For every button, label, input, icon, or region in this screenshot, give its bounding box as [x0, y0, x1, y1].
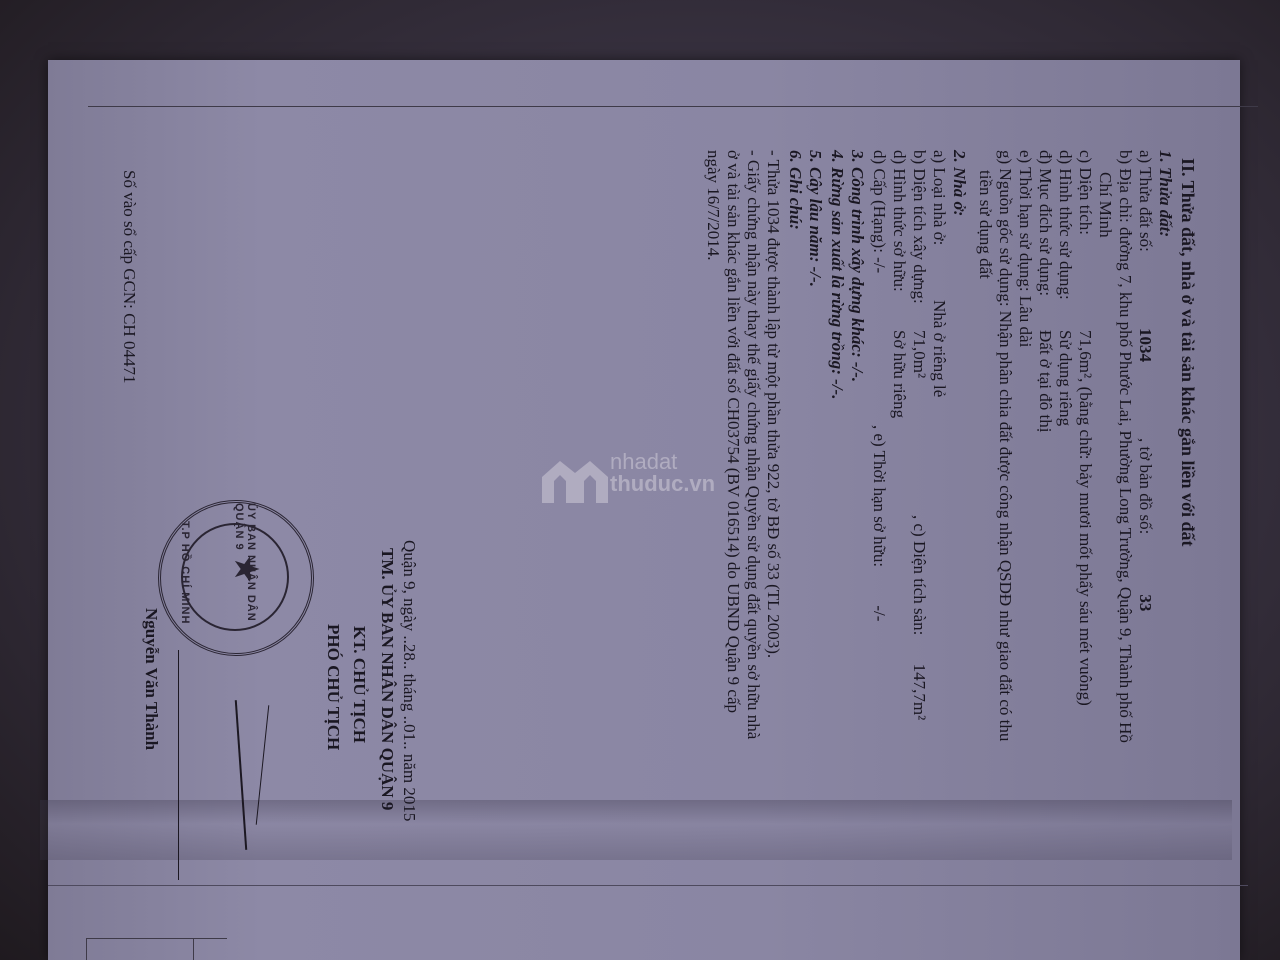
section-title: II. Thửa đất, nhà ở và tài sản khác gắn … [1177, 158, 1198, 547]
map-sheet-label: , tờ bản đồ số: [1136, 438, 1155, 534]
notes-heading: 6. Ghi chú: [785, 150, 806, 230]
address-row: b) Địa chỉ: đường 7, khu phố Phước Lai, … [1115, 150, 1136, 743]
house-type-value: Nhà ở riêng lẻ [930, 300, 949, 397]
issuing-org: TM. ỦY BAN NHÂN DÂN QUẬN 9 [377, 548, 398, 810]
parcel-label: a) Thửa đất số: [1135, 150, 1156, 300]
grade-row: d) Cấp (Hạng): -/-, e) Thời hạn sở hữu: … [869, 150, 890, 621]
watermark-line-2: thuduc.vn [610, 471, 715, 497]
area-label: c) Diện tích: [1075, 150, 1096, 330]
ownership-value: Sở hữu riêng [890, 330, 909, 418]
origin-label: g) Nguồn gốc sử dụng: [996, 150, 1015, 307]
ownership-label: d) Hình thức sở hữu: [889, 150, 910, 330]
term-row: e) Thời hạn sử dụng: Lâu dài [1015, 150, 1036, 347]
note-line-3: ở và tài sản khác gắn liền với đất số CH… [723, 150, 744, 713]
registry-number: Số vào sổ cấp GCN: CH 04471 [119, 170, 140, 383]
term-value: Lâu dài [1016, 296, 1035, 347]
purpose-row: đ) Mục đích sử dụng:Đất ở tại đô thị [1035, 150, 1056, 432]
use-form-value: Sử dụng riêng [1056, 330, 1075, 426]
origin-line2: tiền sử dụng đất [975, 170, 996, 279]
grade-value: -/- [870, 257, 889, 273]
forest: 4. Rừng sản xuất là rừng trồng: -/-. [827, 150, 848, 399]
vice-chairman-title: PHÓ CHỦ TỊCH [323, 624, 344, 750]
own-term-label: , e) Thời hạn sở hữu: [870, 425, 889, 567]
use-form-row: d) Hình thức sử dụng:Sử dụng riêng [1055, 150, 1076, 426]
term-label: e) Thời hạn sử dụng: [1016, 150, 1035, 292]
build-area-label: b) Diện tích xây dựng: [909, 150, 930, 330]
origin-row: g) Nguồn gốc sử dụng: Nhận phân chia đất… [995, 150, 1016, 741]
address-line2: Chí Minh [1095, 172, 1116, 238]
seal-text-top: ỦY BAN NHÂN DÂN QUẬN 9 [233, 503, 257, 653]
house-logo-icon [540, 455, 610, 505]
other-works: 3. Công trình xây dựng khác: -/-. [847, 150, 868, 382]
note-line-1: - Thửa 1034 được thành lập từ một phần t… [763, 150, 784, 658]
area-row: c) Diện tích:71,6m², (bằng chữ: bảy mươi… [1075, 150, 1096, 706]
use-form-label: d) Hình thức sử dụng: [1055, 150, 1076, 330]
parcel-row: a) Thửa đất số:1034, tờ bản đồ số:33 [1135, 150, 1156, 611]
build-area-row: b) Diện tích xây dựng:71,0m², c) Diện tí… [909, 150, 930, 720]
purpose-value: Đất ở tại đô thị [1036, 330, 1055, 432]
house-type-label: a) Loại nhà ở: [929, 150, 950, 300]
ownership-row: d) Hình thức sở hữu:Sở hữu riêng [889, 150, 910, 418]
own-term-value: -/- [870, 605, 889, 621]
kt-chairman: KT. CHỦ TỊCH [349, 626, 370, 743]
land-heading: 1. Thửa đất: [1155, 150, 1176, 237]
perennial-trees: 5. Cây lâu năm: -/-. [805, 150, 826, 287]
area-value: 71,6m², (bằng chữ: bảy mươi mốt phẩy sáu… [1076, 330, 1095, 706]
build-area-value: 71,0m² [909, 330, 930, 515]
note-line-2: - Giấy chứng nhận này thay thế giấy chứn… [743, 150, 764, 739]
note-line-4: ngày 16/7/2014. [703, 150, 724, 261]
grade-label: d) Cấp (Hạng): [870, 150, 889, 253]
house-type-row: a) Loại nhà ở:Nhà ở riêng lẻ [929, 150, 950, 397]
floor-area-value: 147,7m² [910, 664, 929, 721]
official-seal: ★ ỦY BAN NHÂN DÂN QUẬN 9 T.P HỒ CHÍ MINH [158, 500, 314, 656]
issue-date: Quận 9, ngày ..28.. tháng ..01.. năm 201… [399, 540, 420, 821]
map-sheet-number: 33 [1136, 594, 1155, 611]
address-label: b) Địa chỉ: [1116, 150, 1135, 223]
origin-value: Nhận phân chia đất được công nhận QSDĐ n… [996, 311, 1015, 742]
seal-text-bottom: T.P HỒ CHÍ MINH [179, 521, 191, 641]
purpose-label: đ) Mục đích sử dụng: [1035, 150, 1056, 330]
parcel-number: 1034 [1135, 328, 1156, 438]
house-heading: 2. Nhà ở: [949, 150, 970, 216]
signature-stroke [178, 650, 179, 880]
signer-name: Nguyễn Văn Thành [141, 608, 162, 750]
floor-area-label: , c) Diện tích sàn: [910, 515, 929, 635]
address-value: đường 7, khu phố Phước Lai, Phường Long … [1116, 227, 1135, 743]
